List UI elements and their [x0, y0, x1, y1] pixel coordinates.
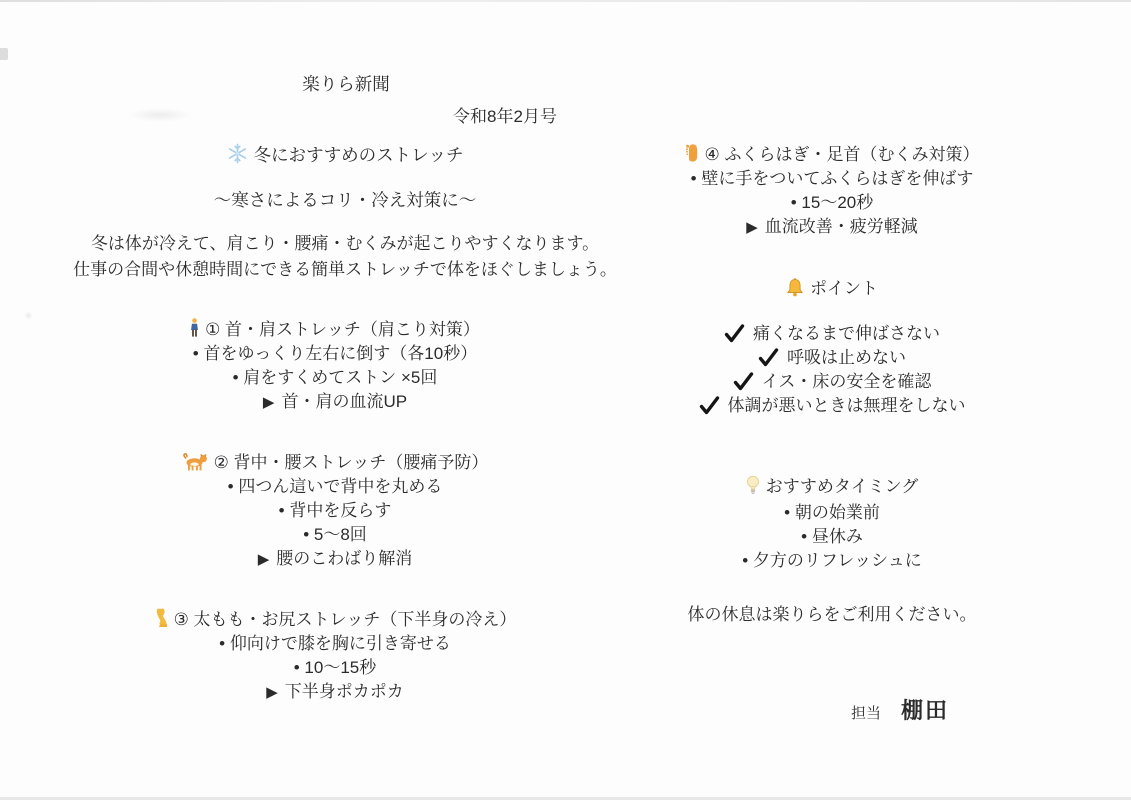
section-bullet: • 四つん這いで背中を丸める — [25, 475, 645, 499]
point-item: 痛くなるまで伸ばさない — [632, 322, 1032, 346]
section-result: ▶首・肩の血流UP — [25, 390, 645, 414]
bell-icon — [786, 278, 804, 297]
section-bullet: • 壁に手をついてふくらはぎを伸ばす — [632, 167, 1032, 191]
timing-heading-text: おすすめタイミング — [766, 477, 919, 496]
point-item-text: 呼吸は止めない — [787, 348, 906, 367]
person-standing-icon — [190, 318, 199, 338]
timing-section: おすすめタイミング • 朝の始業前 • 昼休み • 夕方のリフレッシュに — [632, 475, 1032, 573]
section-result-text: 血流改善・疲労軽減 — [765, 217, 918, 236]
point-item: イス・床の安全を確認 — [632, 370, 1032, 394]
section-calf-ankle: ④ ふくらはぎ・足首（むくみ対策） • 壁に手をついてふくらはぎを伸ばす • 1… — [632, 143, 1032, 239]
section-bullet: • 肩をすくめてストン ×5回 — [25, 366, 645, 390]
section-result-text: 首・肩の血流UP — [281, 392, 407, 411]
newsletter-title: 楽りら新聞 — [246, 71, 446, 96]
section-result: ▶血流改善・疲労軽減 — [632, 215, 1032, 239]
main-heading: 冬におすすめのストレッチ — [45, 142, 645, 167]
issue-label: 令和8年2月号 — [405, 102, 605, 127]
scan-artifact — [128, 108, 192, 122]
cat-icon — [182, 453, 208, 471]
section-heading: ② 背中・腰ストレッチ（腰痛予防） — [25, 451, 645, 475]
check-icon — [724, 324, 745, 343]
section-heading: ④ ふくらはぎ・足首（むくみ対策） — [632, 143, 1032, 167]
points-section: ポイント 痛くなるまで伸ばさない 呼吸は止めない イス・床の安全を確認 体調が悪… — [632, 277, 1032, 418]
signature-label: 担当 — [851, 705, 881, 722]
check-icon — [758, 348, 779, 367]
section-result: ▶下半身ポカポカ — [25, 680, 645, 704]
light-bulb-icon — [746, 475, 760, 495]
point-item: 呼吸は止めない — [632, 346, 1032, 370]
timing-item: • 朝の始業前 — [632, 501, 1032, 525]
foot-icon — [685, 143, 699, 163]
intro-paragraph: 冬は体が冷えて、肩こり・腰痛・むくみが起こりやすくなります。 仕事の合間や休憩時… — [25, 231, 665, 283]
section-back-waist: ② 背中・腰ストレッチ（腰痛予防） • 四つん這いで背中を丸める • 背中を反ら… — [25, 451, 645, 571]
timing-item: • 夕方のリフレッシュに — [632, 549, 1032, 573]
snowflake-icon — [227, 143, 248, 164]
section-neck-shoulder: ① 首・肩ストレッチ（肩こり対策） • 首をゆっくり左右に倒す（各10秒） • … — [25, 318, 645, 414]
points-heading: ポイント — [632, 277, 1032, 301]
timing-heading: おすすめタイミング — [632, 475, 1032, 499]
newsletter-page: 楽りら新聞 令和8年2月号 冬におすすめのストレッチ 〜寒さによるコリ・冷え対策… — [0, 0, 1131, 800]
black-right-triangle-icon: ▶ — [266, 683, 278, 701]
section-result: ▶腰のこわばり解消 — [25, 547, 645, 571]
section-bullet: • 5〜8回 — [25, 523, 645, 547]
point-item-text: イス・床の安全を確認 — [762, 372, 932, 391]
timing-item: • 昼休み — [632, 525, 1032, 549]
black-right-triangle-icon: ▶ — [258, 550, 270, 568]
section-heading-text: ② 背中・腰ストレッチ（腰痛予防） — [214, 453, 489, 472]
section-thigh-hip: ③ 太もも・お尻ストレッチ（下半身の冷え） • 仰向けで膝を胸に引き寄せる • … — [25, 608, 645, 704]
section-heading: ③ 太もも・お尻ストレッチ（下半身の冷え） — [25, 608, 645, 632]
section-bullet: • 首をゆっくり左右に倒す（各10秒） — [25, 342, 645, 366]
intro-line: 仕事の合間や休憩時間にできる簡単ストレッチで体をほぐしましょう。 — [25, 257, 665, 283]
black-right-triangle-icon: ▶ — [263, 393, 275, 411]
point-item-text: 体調が悪いときは無理をしない — [728, 396, 966, 415]
section-heading-text: ④ ふくらはぎ・足首（むくみ対策） — [705, 145, 980, 164]
points-heading-text: ポイント — [810, 279, 878, 298]
signature: 担当棚田 — [851, 694, 1051, 725]
section-heading-text: ① 首・肩ストレッチ（肩こり対策） — [205, 320, 480, 339]
section-bullet: • 10〜15秒 — [25, 656, 645, 680]
intro-line: 冬は体が冷えて、肩こり・腰痛・むくみが起こりやすくなります。 — [25, 231, 665, 257]
check-icon — [699, 396, 720, 415]
section-bullet: • 仰向けで膝を胸に引き寄せる — [25, 632, 645, 656]
closing-note: 体の休息は楽りらをご利用ください。 — [632, 600, 1032, 625]
point-item-text: 痛くなるまで伸ばさない — [753, 324, 940, 343]
section-result-text: 腰のこわばり解消 — [276, 549, 412, 568]
section-heading-text: ③ 太もも・お尻ストレッチ（下半身の冷え） — [174, 610, 517, 629]
black-right-triangle-icon: ▶ — [746, 218, 758, 236]
point-item: 体調が悪いときは無理をしない — [632, 394, 1032, 418]
leg-icon — [154, 608, 168, 628]
main-heading-text: 冬におすすめのストレッチ — [254, 145, 464, 165]
check-icon — [733, 372, 754, 391]
subtitle: 〜寒さによるコリ・冷え対策に〜 — [45, 187, 645, 212]
section-bullet: • 背中を反らす — [25, 499, 645, 523]
section-result-text: 下半身ポカポカ — [285, 682, 404, 701]
scan-edge-top — [0, 0, 1131, 2]
scan-artifact — [0, 48, 8, 60]
section-bullet: • 15〜20秒 — [632, 191, 1032, 215]
signature-name: 棚田 — [901, 698, 949, 723]
section-heading: ① 首・肩ストレッチ（肩こり対策） — [25, 318, 645, 342]
